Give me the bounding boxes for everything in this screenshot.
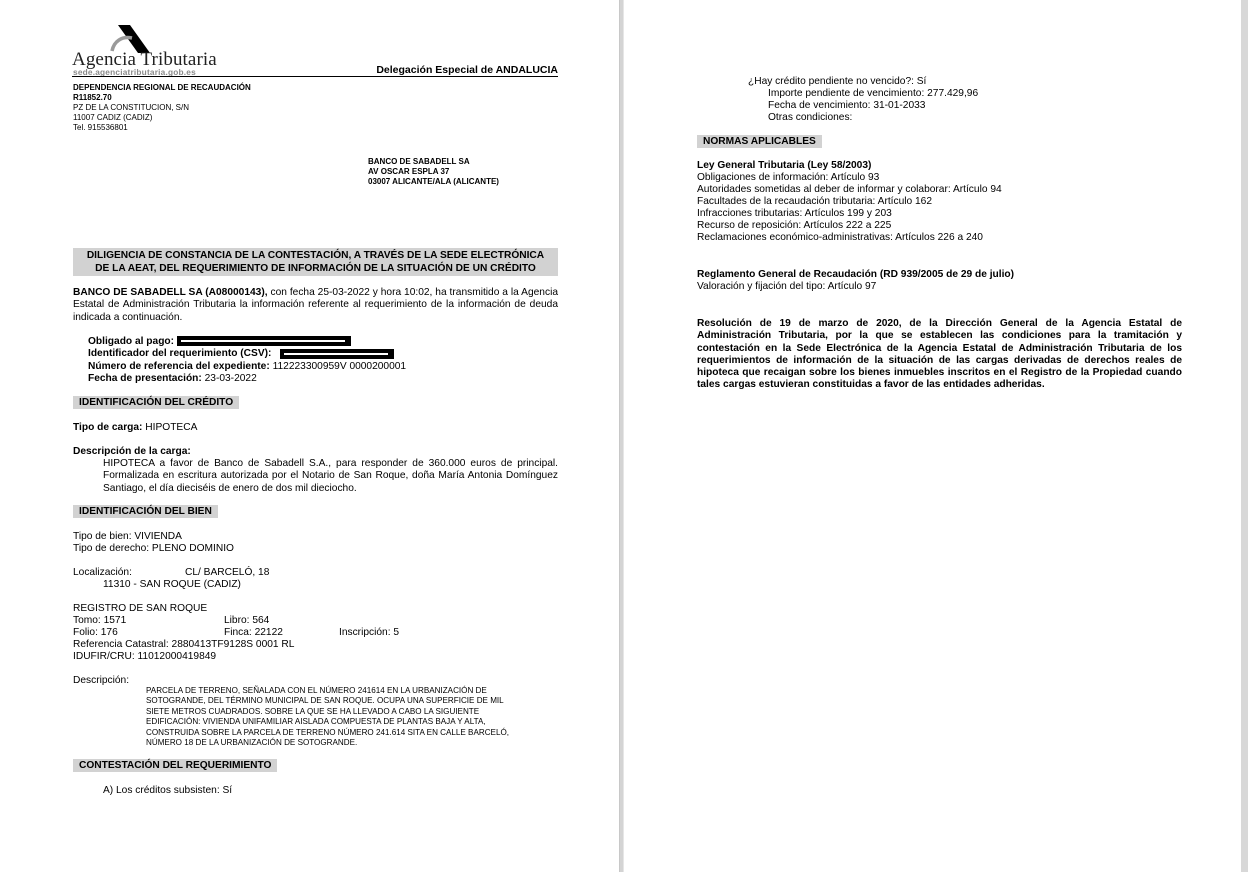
section-credito: IDENTIFICACIÓN DEL CRÉDITO xyxy=(73,396,239,409)
lgt-item: Reclamaciones económico-administrativas:… xyxy=(697,232,983,244)
localizacion-label: Localización: xyxy=(73,567,132,579)
otras-condiciones: Otras condiciones: xyxy=(768,112,852,124)
idufir: IDUFIR/CRU: 11012000419849 xyxy=(73,651,216,663)
section-contestacion: CONTESTACIÓN DEL REQUERIMIENTO xyxy=(73,759,277,772)
descripcion-line: NÚMERO 18 DE LA URBANIZACIÓN DE SOTOGRAN… xyxy=(146,738,509,748)
redacted-csv xyxy=(280,349,394,359)
lgt-item: Recurso de reposición: Artículos 222 a 2… xyxy=(697,220,891,232)
desc-carga-text: HIPOTECA a favor de Banco de Sabadell S.… xyxy=(103,458,558,495)
dependencia-label: DEPENDENCIA REGIONAL DE RECAUDACIÓN xyxy=(73,83,251,93)
title-line-2: DE LA AEAT, DEL REQUERIMIENTO DE INFORMA… xyxy=(73,262,558,275)
tipo-carga-value: HIPOTECA xyxy=(142,422,197,433)
tomo: Tomo: 1571 xyxy=(73,615,126,627)
tipo-carga-label: Tipo de carga: xyxy=(73,422,142,433)
tipo-carga: Tipo de carga: HIPOTECA xyxy=(73,422,197,434)
document-page-2: ¿Hay crédito pendiente no vencido?: Sí I… xyxy=(624,0,1241,872)
credito-pendiente: ¿Hay crédito pendiente no vencido?: Sí xyxy=(748,76,926,88)
recipient-line: AV OSCAR ESPLA 37 xyxy=(368,167,449,177)
descripcion-line: EDIFICACIÓN: VIVIENDA UNIFAMILIAR AISLAD… xyxy=(146,717,509,727)
section-bien: IDENTIFICACIÓN DEL BIEN xyxy=(73,505,218,518)
sender-phone: Tel. 915536801 xyxy=(73,123,128,133)
tipo-bien: Tipo de bien: VIVIENDA xyxy=(73,531,182,543)
lgt-item: Infracciones tributarias: Artículos 199 … xyxy=(697,208,892,220)
section-normas: NORMAS APLICABLES xyxy=(697,135,822,148)
folio: Folio: 176 xyxy=(73,627,118,639)
creditos-subsisten: A) Los créditos subsisten: Sí xyxy=(103,785,232,797)
descripcion-line: PARCELA DE TERRENO, SEÑALADA CON EL NÚME… xyxy=(146,686,509,696)
descripcion-label: Descripción: xyxy=(73,675,129,687)
localizacion-line1: CL/ BARCELÓ, 18 xyxy=(185,567,269,579)
referencia-catastral: Referencia Catastral: 2880413TF9128S 000… xyxy=(73,639,294,651)
intro-bank: BANCO DE SABADELL SA (A08000143), xyxy=(73,287,268,298)
desc-carga-label: Descripción de la carga: xyxy=(73,446,191,458)
descripcion-line: SOTOGRANDE, DEL TÉRMINO MUNICIPAL DE SAN… xyxy=(146,696,509,706)
lgt-item: Facultades de la recaudación tributaria:… xyxy=(697,196,932,208)
descripcion-line: SIETE METROS CUADRADOS. SOBRE LA QUE SE … xyxy=(146,707,509,717)
document-page-1: Agencia Tributaria sede.agenciatributari… xyxy=(0,0,619,872)
fecha-label: Fecha de presentación: xyxy=(88,373,202,384)
fecha-value: 23-03-2022 xyxy=(202,373,257,384)
expediente-label: Número de referencia del expediente: xyxy=(88,361,270,372)
resolucion-paragraph: Resolución de 19 de marzo de 2020, de la… xyxy=(697,318,1182,392)
rgr-title: Reglamento General de Recaudación (RD 93… xyxy=(697,269,1014,281)
registro: REGISTRO DE SAN ROQUE xyxy=(73,603,207,615)
sender-address-line: PZ DE LA CONSTITUCION, S/N xyxy=(73,103,189,113)
redacted-obligado xyxy=(177,336,351,346)
recipient-line: BANCO DE SABADELL SA xyxy=(368,157,470,167)
lgt-item: Obligaciones de información: Artículo 93 xyxy=(697,172,879,184)
obligado-label: Obligado al pago: xyxy=(88,336,174,347)
tipo-derecho: Tipo de derecho: PLENO DOMINIO xyxy=(73,543,234,555)
page-edge xyxy=(1241,0,1248,872)
importe-pendiente: Importe pendiente de vencimiento: 277.42… xyxy=(768,88,978,100)
csv-field: Identificador del requerimiento (CSV): xyxy=(88,348,271,360)
delegacion-label: Delegación Especial de ANDALUCIA xyxy=(376,64,558,76)
expediente-field: Número de referencia del expediente: 112… xyxy=(88,361,406,373)
reference-code: R11852.70 xyxy=(73,93,112,103)
lgt-title: Ley General Tributaria (Ley 58/2003) xyxy=(697,160,871,172)
expediente-value: 112223300959V 0000200001 xyxy=(270,361,406,372)
csv-label: Identificador del requerimiento (CSV): xyxy=(88,348,271,359)
sender-address-line: 11007 CADIZ (CADIZ) xyxy=(73,113,152,123)
recipient-line: 03007 ALICANTE/ALA (ALICANTE) xyxy=(368,177,499,187)
lgt-item: Autoridades sometidas al deber de inform… xyxy=(697,184,1002,196)
title-line-1: DILIGENCIA DE CONSTANCIA DE LA CONTESTAC… xyxy=(73,249,558,262)
rgr-item: Valoración y fijación del tipo: Artículo… xyxy=(697,281,876,293)
finca: Finca: 22122 xyxy=(224,627,283,639)
descripcion-text: PARCELA DE TERRENO, SEÑALADA CON EL NÚME… xyxy=(146,686,509,748)
localizacion-line2: 11310 - SAN ROQUE (CADIZ) xyxy=(103,579,241,591)
document-title: DILIGENCIA DE CONSTANCIA DE LA CONTESTAC… xyxy=(73,248,558,276)
obligado-field: Obligado al pago: xyxy=(88,336,174,348)
intro-paragraph: BANCO DE SABADELL SA (A08000143), con fe… xyxy=(73,287,558,324)
libro: Libro: 564 xyxy=(224,615,269,627)
fecha-vencimiento: Fecha de vencimiento: 31-01-2033 xyxy=(768,100,925,112)
inscripcion: Inscripción: 5 xyxy=(339,627,399,639)
fecha-field: Fecha de presentación: 23-03-2022 xyxy=(88,373,257,385)
descripcion-line: CONSTRUIDA SOBRE LA PARCELA DE TERRENO N… xyxy=(146,728,509,738)
